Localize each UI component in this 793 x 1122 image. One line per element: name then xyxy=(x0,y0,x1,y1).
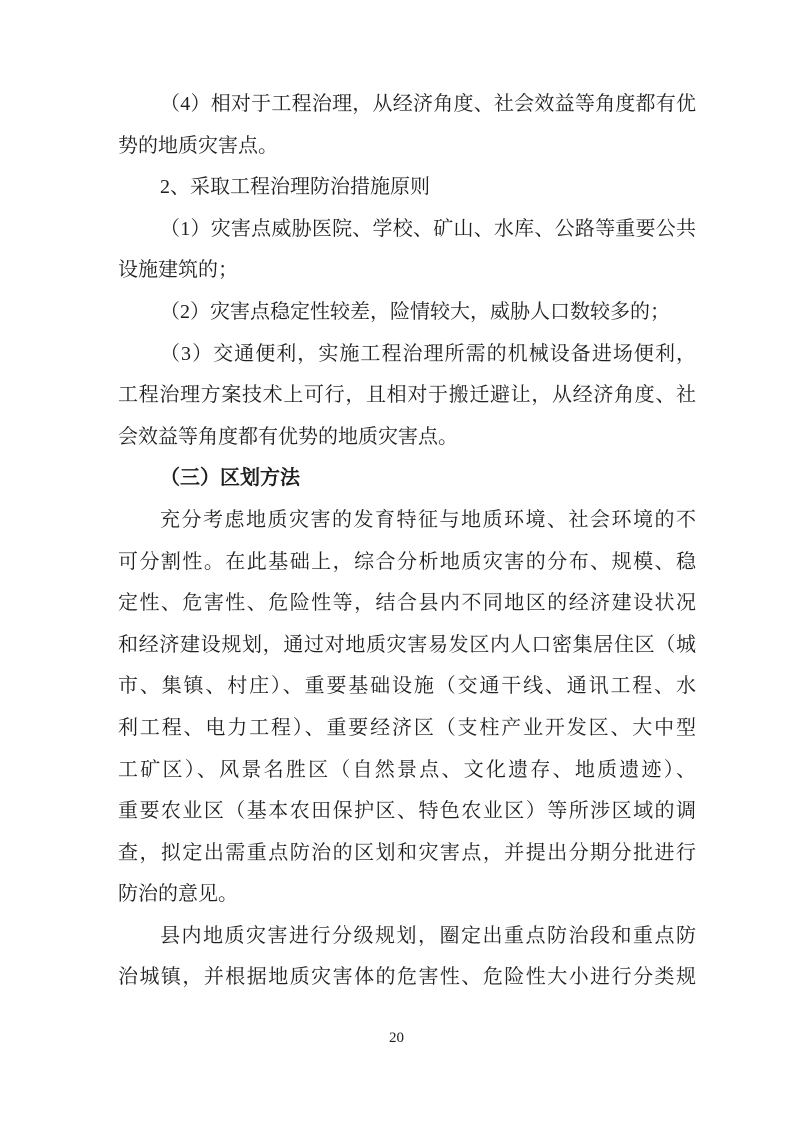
page-number: 20 xyxy=(0,1030,793,1047)
text-line: （1）灾害点威胁医院、学校、矿山、水库、公路等重要公共 xyxy=(118,209,696,251)
text-line: 查，拟定出需重点防治的区划和灾害点，并提出分期分批进行 xyxy=(118,833,696,875)
document-body: （4）相对于工程治理，从经济角度、社会效益等角度都有优 势的地质灾害点。 2、采… xyxy=(118,84,696,999)
text-line: 重要农业区（基本农田保护区、特色农业区）等所涉区域的调 xyxy=(118,791,696,833)
text-line: 防治的意见。 xyxy=(118,874,696,916)
text-line: 和经济建设规划，通过对地质灾害易发区内人口密集居住区（城 xyxy=(118,625,696,667)
section-heading: （三）区划方法 xyxy=(118,458,696,500)
text-line: 市、集镇、村庄）、重要基础设施（交通干线、通讯工程、水 xyxy=(118,666,696,708)
document-page: （4）相对于工程治理，从经济角度、社会效益等角度都有优 势的地质灾害点。 2、采… xyxy=(0,0,793,1122)
text-line: 设施建筑的； xyxy=(118,250,696,292)
text-line: 充分考虑地质灾害的发育特征与地质环境、社会环境的不 xyxy=(118,500,696,542)
text-line: （4）相对于工程治理，从经济角度、社会效益等角度都有优 xyxy=(118,84,696,126)
text-line: 会效益等角度都有优势的地质灾害点。 xyxy=(118,417,696,459)
text-line: 定性、危害性、危险性等，结合县内不同地区的经济建设状况 xyxy=(118,583,696,625)
text-line: 2、采取工程治理防治措施原则 xyxy=(118,167,696,209)
text-line: 县内地质灾害进行分级规划，圈定出重点防治段和重点防 xyxy=(118,916,696,958)
text-line: 工矿区）、风景名胜区（自然景点、文化遗存、地质遗迹）、 xyxy=(118,750,696,792)
text-line: （3）交通便利，实施工程治理所需的机械设备进场便利， xyxy=(118,334,696,376)
text-line: 势的地质灾害点。 xyxy=(118,126,696,168)
text-line: 工程治理方案技术上可行，且相对于搬迁避让，从经济角度、社 xyxy=(118,375,696,417)
text-line: 利工程、电力工程）、重要经济区（支柱产业开发区、大中型 xyxy=(118,708,696,750)
text-line: 可分割性。在此基础上，综合分析地质灾害的分布、规模、稳 xyxy=(118,542,696,584)
text-line: （2）灾害点稳定性较差，险情较大，威胁人口数较多的； xyxy=(118,292,696,334)
text-line: 治城镇，并根据地质灾害体的危害性、危险性大小进行分类规 xyxy=(118,957,696,999)
